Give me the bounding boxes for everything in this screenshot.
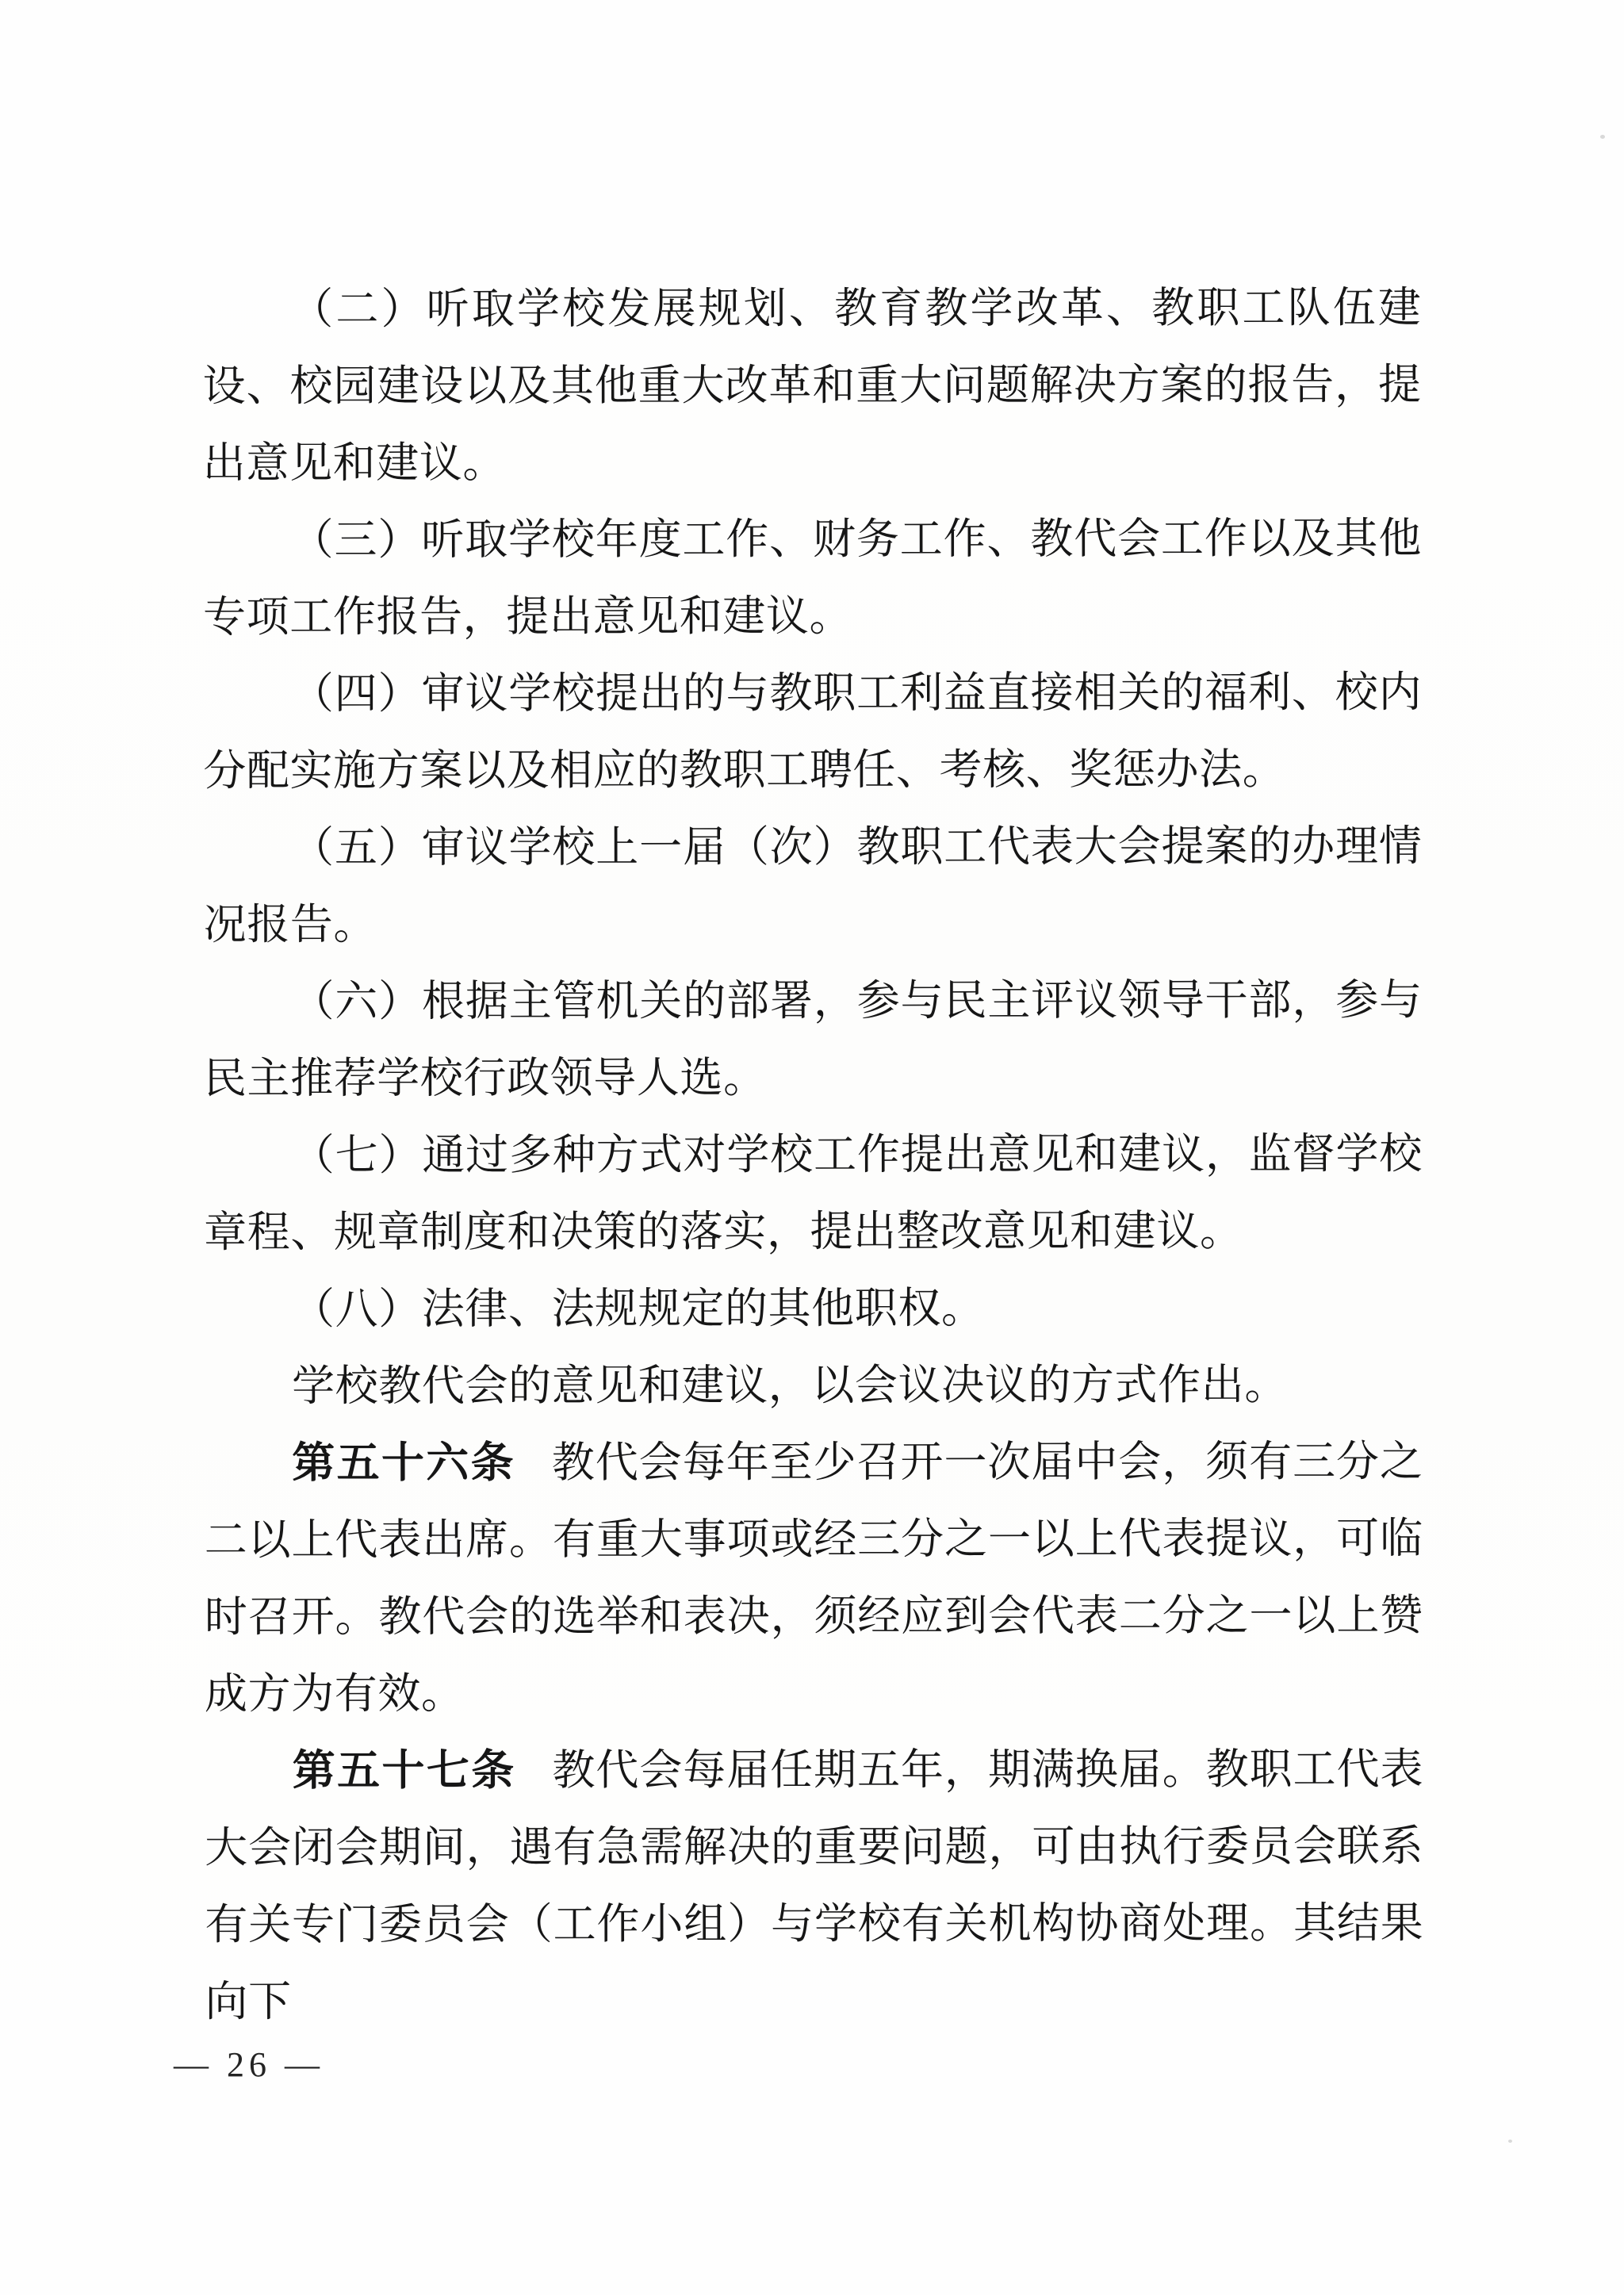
paragraph: （四）审议学校提出的与教职工利益直接相关的福利、校内分配实施方案以及相应的教职工… — [203, 654, 1422, 810]
paragraph-text: （八）法律、法规规定的其他职权。 — [292, 1285, 985, 1333]
paragraph: （六）根据主管机关的部署，参与民主评议领导干部，参与民主推荐学校行政领导人选。 — [204, 962, 1423, 1117]
article-paragraph: 第五十七条教代会每届任期五年，期满换届。教职工代表大会闭会期间，遇有急需解决的重… — [205, 1731, 1424, 2040]
article-number: 第五十六条 — [292, 1439, 515, 1487]
paragraph: （八）法律、法规规定的其他职权。 — [204, 1270, 1423, 1348]
scan-speck — [1508, 2140, 1512, 2143]
document-text-block: （二）听取学校发展规划、教育教学改革、教职工队伍建设、校园建设以及其他重大改革和… — [202, 270, 1423, 2040]
paragraph: （二）听取学校发展规划、教育教学改革、教职工队伍建设、校园建设以及其他重大改革和… — [202, 270, 1421, 502]
paragraph: （三）听取学校年度工作、财务工作、教代会工作以及其他专项工作报告，提出意见和建议… — [203, 500, 1422, 656]
paragraph-text: （二）听取学校发展规划、教育教学改革、教职工队伍建设、校园建设以及其他重大改革和… — [203, 284, 1422, 487]
paragraph-text: 学校教代会的意见和建议，以会议决议的方式作出。 — [292, 1361, 1288, 1410]
paragraph: （七）通过多种方式对学校工作提出意见和建议，监督学校章程、规章制度和决策的落实，… — [204, 1116, 1423, 1271]
paragraph: （五）审议学校上一届（次）教职工代表大会提案的办理情况报告。 — [203, 808, 1422, 964]
paragraph-text: （七）通过多种方式对学校工作提出意见和建议，监督学校章程、规章制度和决策的落实，… — [204, 1130, 1423, 1256]
paragraph: 学校教代会的意见和建议，以会议决议的方式作出。 — [204, 1347, 1423, 1425]
paragraph-text: （三）听取学校年度工作、财务工作、教代会工作以及其他专项工作报告，提出意见和建议… — [203, 515, 1422, 641]
article-paragraph: 第五十六条教代会每年至少召开一次届中会，须有三分之二以上代表出席。有重大事项或经… — [204, 1423, 1423, 1733]
paragraph-text: （五）审议学校上一届（次）教职工代表大会提案的办理情况报告。 — [204, 822, 1423, 948]
page-footer: — 26 — — [174, 2044, 324, 2086]
page-number: — 26 — — [174, 2045, 324, 2084]
paragraph-text: （四）审议学校提出的与教职工利益直接相关的福利、校内分配实施方案以及相应的教职工… — [203, 669, 1422, 795]
scan-speck — [1600, 135, 1605, 139]
paragraph-text: （六）根据主管机关的部署，参与民主评议领导干部，参与民主推荐学校行政领导人选。 — [204, 976, 1423, 1102]
document-page: （二）听取学校发展规划、教育教学改革、教职工队伍建设、校园建设以及其他重大改革和… — [0, 0, 1624, 2295]
article-number: 第五十七条 — [293, 1747, 516, 1795]
